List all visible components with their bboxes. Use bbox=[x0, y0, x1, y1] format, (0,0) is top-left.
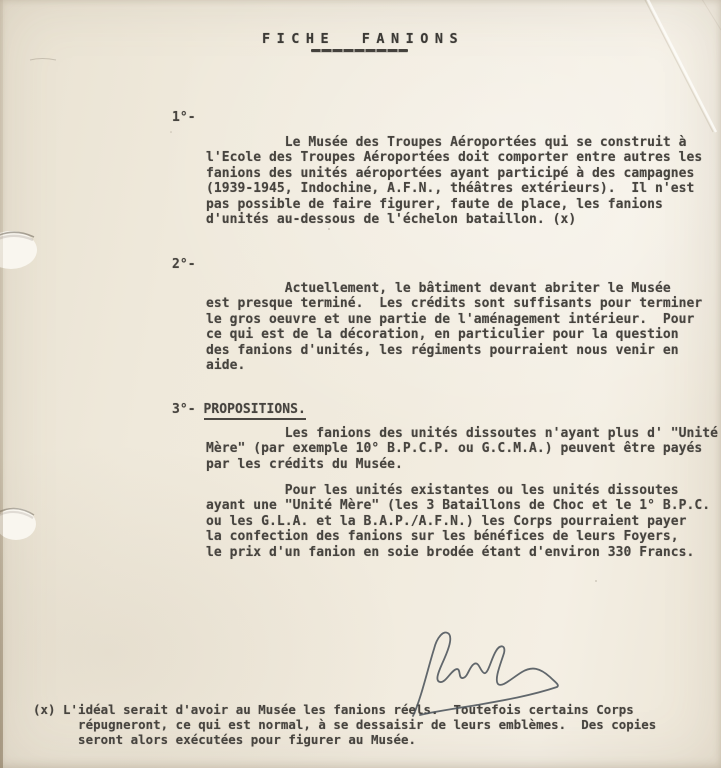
title-underline bbox=[311, 49, 408, 52]
section-1-paragraph: Le Musée des Troupes Aéroportées qui se … bbox=[206, 135, 702, 227]
fold-crease-top-right bbox=[642, 0, 721, 132]
hole-punch-bottom bbox=[0, 508, 36, 540]
hole-punch-top bbox=[0, 231, 37, 269]
section-2-number: 2°- bbox=[172, 257, 196, 272]
section-3-paragraph-2: Pour les unités existantes ou les unités… bbox=[206, 483, 710, 560]
section-3-number: 3°- bbox=[172, 402, 204, 417]
handwritten-signature bbox=[0, 0, 721, 768]
scanned-document-page: FICHE FANIONS 1°- Le Musée des Troupes A… bbox=[0, 0, 721, 768]
section-3-paragraph-1: Les fanions des unités dissoutes n'ayant… bbox=[206, 426, 718, 472]
scan-edge-shadow bbox=[0, 0, 3, 768]
section-1-number: 1°- bbox=[172, 110, 196, 125]
document-title: FICHE FANIONS bbox=[262, 31, 464, 47]
footnote: (x) L'idéal serait d'avoir au Musée les … bbox=[33, 702, 656, 748]
section-3-heading-label: PROPOSITIONS. bbox=[204, 402, 306, 420]
paper-artifacts-layer bbox=[0, 0, 721, 768]
section-3-heading: 3°- PROPOSITIONS. bbox=[172, 402, 306, 417]
section-2-paragraph: Actuellement, le bâtiment devant abriter… bbox=[206, 281, 702, 373]
